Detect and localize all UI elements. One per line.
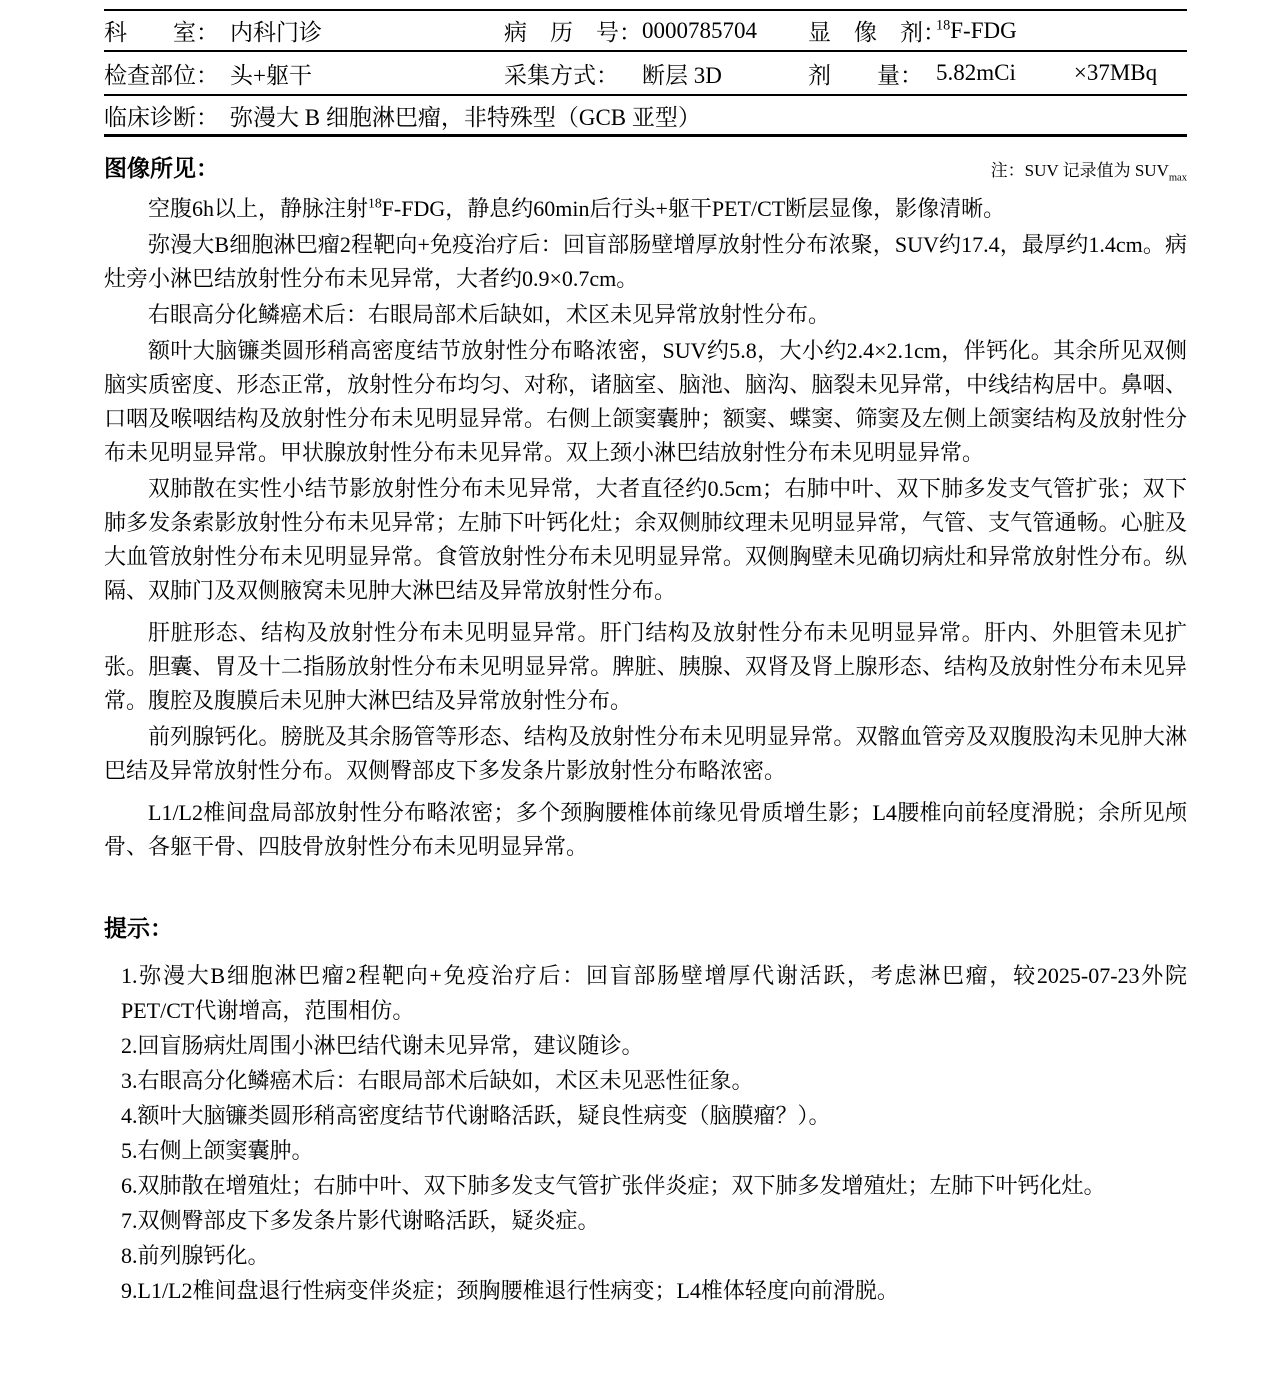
department-label: 科 室：: [104, 14, 230, 47]
department-value: 内科门诊: [230, 14, 504, 47]
impression-item: 2.回盲肠病灶周围小淋巴结代谢未见异常，建议随诊。: [121, 1028, 1187, 1063]
impression-item: 5.右侧上颌窦囊肿。: [121, 1133, 1187, 1168]
finding-paragraph: 双肺散在实性小结节影放射性分布未见异常，大者直径约0.5cm；右肺中叶、双下肺多…: [104, 472, 1187, 608]
exam-region-value: 头+躯干: [230, 57, 504, 90]
dose-label: 剂 量：: [808, 57, 936, 90]
impression-item: 9.L1/L2椎间盘退行性病变伴炎症；颈胸腰椎退行性病变；L4椎体轻度向前滑脱。: [121, 1273, 1187, 1308]
impression-section-title: 提示：: [104, 910, 1187, 943]
findings-header: 图像所见： 注：SUV 记录值为 SUVmax: [104, 150, 1187, 183]
dose-value: 5.82mCi×37MBq: [936, 60, 1187, 86]
suv-note-text: 注：SUV 记录值为 SUV: [991, 161, 1169, 180]
finding-paragraph: 弥漫大B细胞淋巴瘤2程靶向+免疫治疗后：回盲部肠壁增厚放射性分布浓聚，SUV约1…: [104, 228, 1187, 296]
record-number-label: 病 历 号：: [504, 14, 642, 47]
tracer-value: 18F-FDG: [936, 18, 1187, 44]
impression-item: 7.双侧臀部皮下多发条片影代谢略活跃，疑炎症。: [121, 1203, 1187, 1238]
impression-section: 提示： 1.弥漫大B细胞淋巴瘤2程靶向+免疫治疗后：回盲部肠壁增厚代谢活跃，考虑…: [104, 910, 1187, 1308]
exam-region-label: 检查部位：: [104, 57, 230, 90]
tracer-compound: F-FDG: [950, 18, 1016, 43]
report-header-table: 科 室： 内科门诊 病 历 号： 0000785704 显 像 剂： 18F-F…: [104, 9, 1187, 137]
finding-paragraph: L1/L2椎间盘局部放射性分布略浓密；多个颈胸腰椎体前缘见骨质增生影；L4腰椎向…: [104, 796, 1187, 864]
finding-paragraph-protocol: 空腹6h以上，静脉注射18F-FDG，静息约60min后行头+躯干PET/CT断…: [104, 192, 1187, 226]
header-row-diagnosis: 临床诊断： 弥漫大 B 细胞淋巴瘤，非特殊型（GCB 亚型）: [104, 96, 1187, 137]
pet-ct-report-page: 科 室： 内科门诊 病 历 号： 0000785704 显 像 剂： 18F-F…: [0, 0, 1284, 1389]
tracer-isotope-superscript: 18: [936, 17, 950, 33]
finding-paragraph: 额叶大脑镰类圆形稍高密度结节放射性分布略浓密，SUV约5.8，大小约2.4×2.…: [104, 334, 1187, 470]
acquisition-mode-label: 采集方式：: [504, 57, 642, 90]
finding-paragraph: 右眼高分化鳞癌术后：右眼局部术后缺如，术区未见异常放射性分布。: [104, 298, 1187, 332]
findings-body: 空腹6h以上，静脉注射18F-FDG，静息约60min后行头+躯干PET/CT断…: [104, 192, 1187, 864]
finding-paragraph: 肝脏形态、结构及放射性分布未见明显异常。肝门结构及放射性分布未见明显异常。肝内、…: [104, 616, 1187, 718]
tracer-label: 显 像 剂：: [808, 14, 936, 47]
protocol-text-pre: 空腹6h以上，静脉注射: [148, 196, 368, 221]
impression-list: 1.弥漫大B细胞淋巴瘤2程靶向+免疫治疗后：回盲部肠壁增厚代谢活跃，考虑淋巴瘤，…: [121, 958, 1187, 1308]
acquisition-mode-value: 断层 3D: [642, 57, 808, 90]
protocol-isotope-superscript: 18: [368, 196, 382, 211]
findings-section-title: 图像所见：: [104, 150, 219, 183]
dose-mci-value: 5.82mCi: [936, 60, 1016, 85]
clinical-diagnosis-value: 弥漫大 B 细胞淋巴瘤，非特殊型（GCB 亚型）: [230, 99, 701, 132]
findings-section: 图像所见： 注：SUV 记录值为 SUVmax 空腹6h以上，静脉注射18F-F…: [104, 150, 1187, 864]
header-row-department: 科 室： 内科门诊 病 历 号： 0000785704 显 像 剂： 18F-F…: [104, 11, 1187, 52]
clinical-diagnosis-label: 临床诊断：: [104, 99, 230, 132]
impression-item: 8.前列腺钙化。: [121, 1238, 1187, 1273]
suv-note: 注：SUV 记录值为 SUVmax: [991, 156, 1187, 183]
suv-note-subscript: max: [1169, 172, 1187, 183]
impression-item: 4.额叶大脑镰类圆形稍高密度结节代谢略活跃，疑良性病变（脑膜瘤？）。: [121, 1098, 1187, 1133]
record-number-value: 0000785704: [642, 18, 808, 44]
impression-item: 1.弥漫大B细胞淋巴瘤2程靶向+免疫治疗后：回盲部肠壁增厚代谢活跃，考虑淋巴瘤，…: [121, 958, 1187, 1028]
finding-paragraph: 前列腺钙化。膀胱及其余肠管等形态、结构及放射性分布未见明显异常。双髂血管旁及双腹…: [104, 720, 1187, 788]
header-row-exam: 检查部位： 头+躯干 采集方式： 断层 3D 剂 量： 5.82mCi×37MB…: [104, 52, 1187, 96]
impression-item: 3.右眼高分化鳞癌术后：右眼局部术后缺如，术区未见恶性征象。: [121, 1063, 1187, 1098]
protocol-text-post: F-FDG，静息约60min后行头+躯干PET/CT断层显像，影像清晰。: [382, 196, 1006, 221]
dose-mbq-value: ×37MBq: [1074, 60, 1157, 85]
impression-item: 6.双肺散在增殖灶；右肺中叶、双下肺多发支气管扩张伴炎症；双下肺多发增殖灶；左肺…: [121, 1168, 1187, 1203]
